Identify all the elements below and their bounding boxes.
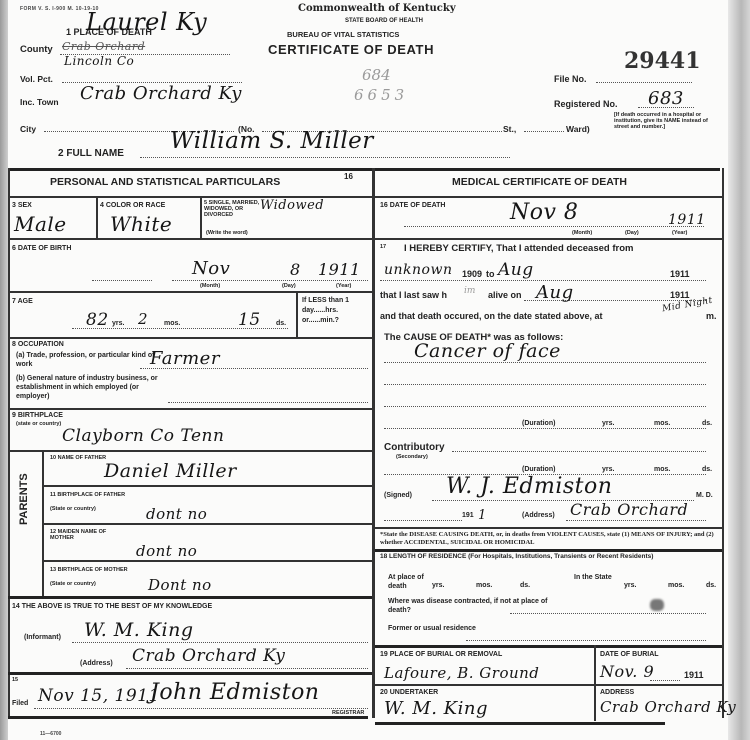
physician-address-value: Crab Orchard — [570, 500, 688, 519]
county-note: Lincoln Co — [64, 54, 134, 68]
informant-address-value: Crab Orchard Ky — [132, 646, 285, 666]
occupation-label: 8 OCCUPATION — [12, 341, 64, 348]
state-board: STATE BOARD OF HEALTH — [345, 18, 423, 24]
dob-label: 6 DATE OF BIRTH — [12, 245, 71, 252]
vol-pct-label: Vol. Pct. — [20, 74, 53, 84]
attended-to-year: 1911 — [670, 269, 690, 279]
frame-bottom-right — [375, 722, 665, 725]
in-state-yrs: yrs. — [624, 582, 636, 589]
occurred-label: and that death occured, on the date stat… — [380, 311, 603, 321]
mos-label: mos. — [164, 320, 180, 327]
burial-place-value: Lafoure, B. Ground — [384, 664, 539, 682]
contrib-duration-ds: ds. — [702, 466, 712, 473]
at-place-mos: mos. — [476, 582, 492, 589]
informant-value: W. M. King — [84, 619, 194, 641]
last-saw-label: that I last saw h — [380, 290, 447, 300]
undertaker-address-value: Crab Orchard Ky — [600, 698, 736, 716]
filing-number: 15 — [12, 677, 18, 683]
attended-to: Aug — [498, 260, 534, 280]
st-label: St., — [503, 124, 516, 134]
cause-value: Cancer of face — [414, 340, 561, 362]
dod-month-caption: (Month) — [572, 230, 592, 236]
rule — [8, 450, 372, 452]
hospital-note: [If death occurred in a hospital or inst… — [614, 112, 708, 130]
scan-edge-left — [0, 0, 8, 740]
sign-date-line — [384, 520, 462, 521]
occupation-a-value: Farmer — [150, 348, 220, 369]
undertaker-value: W. M. King — [384, 698, 488, 719]
rule — [375, 684, 722, 686]
state-header: Commonwealth of Kentucky — [298, 3, 456, 14]
rule — [8, 238, 372, 240]
full-name-line — [140, 157, 510, 158]
informant-address-line — [126, 668, 368, 669]
registered-no-label: Registered No. — [554, 99, 618, 109]
cause-footnote: *State the DISEASE CAUSING DEATH, or, in… — [380, 531, 720, 547]
marital-label: 5 SINGLE, MARRIED, WIDOWED, OR DIVORCED — [204, 200, 266, 218]
page-value: 6653 — [354, 86, 408, 104]
year-prefix: 191 — [462, 512, 474, 519]
parents-label: PARENTS — [18, 473, 30, 525]
birthplace-value: Clayborn Co Tenn — [62, 426, 224, 446]
rule — [296, 291, 298, 337]
attended-from: unknown — [384, 262, 452, 278]
occupation-b-label: (b) General nature of industry business,… — [16, 374, 174, 401]
bureau: BUREAU OF VITAL STATISTICS — [287, 30, 399, 39]
frame-top — [8, 168, 720, 171]
age-label: 7 AGE — [12, 298, 33, 305]
informant-address-label: (Address) — [80, 660, 113, 667]
father-name-label: 10 NAME OF FATHER — [50, 455, 110, 461]
father-birthplace-label: 11 BIRTHPLACE OF FATHER — [50, 492, 130, 498]
year-suffix: 1 — [478, 508, 487, 523]
birthplace-note: (state or country) — [16, 421, 61, 427]
frame-right — [722, 168, 724, 718]
full-name-value: William S. Miller — [170, 128, 374, 154]
contrib-duration-mos: mos. — [654, 466, 670, 473]
ward-line — [524, 131, 564, 132]
filed-value: Nov 15, 1911 — [38, 686, 160, 706]
rule — [594, 645, 596, 721]
informant-statement: 14 THE ABOVE IS TRUE TO THE BEST OF MY K… — [12, 603, 212, 610]
age-days: 15 — [238, 310, 261, 330]
rule — [375, 549, 722, 552]
filed-line — [34, 708, 368, 709]
duration-mos: mos. — [654, 420, 670, 427]
certificate-title: CERTIFICATE OF DEATH — [268, 42, 434, 57]
rule — [375, 527, 722, 529]
full-name-label: 2 FULL NAME — [58, 148, 124, 159]
file-no-value: 29441 — [624, 48, 701, 74]
age-months: 2 — [138, 310, 148, 328]
registered-no-value: 683 — [648, 88, 684, 109]
m-label: m. — [706, 311, 717, 321]
signed-label: (Signed) — [384, 492, 412, 499]
at-place-yrs: yrs. — [432, 582, 444, 589]
file-no-line — [596, 82, 692, 83]
dob-day: 8 — [290, 260, 301, 279]
certify-num: 17 — [380, 244, 386, 250]
mother-name-value: dont no — [136, 542, 197, 560]
last-saw-year: 1911 — [670, 290, 690, 300]
physician-address-line — [566, 520, 706, 521]
rule — [8, 291, 372, 293]
mother-birthplace-value: Dont no — [148, 576, 212, 594]
cause-line — [384, 406, 706, 407]
ink-blot — [650, 599, 664, 611]
informant-label: (Informant) — [24, 634, 61, 641]
father-birthplace-note: (State or country) — [50, 506, 96, 512]
rule — [200, 196, 202, 238]
residence-label: 18 LENGTH OF RESIDENCE (For Hospitals, I… — [380, 553, 720, 561]
registrar-label: REGISTRAR — [332, 710, 364, 716]
rule — [42, 560, 372, 562]
alive-on-label: alive on — [488, 290, 522, 300]
burial-date-year: 1911 — [684, 670, 704, 680]
dod-year: 1911 — [668, 212, 706, 228]
mother-name-label: 12 MAIDEN NAME OF MOTHER — [50, 529, 130, 541]
former-residence-line — [466, 640, 706, 641]
marital-value: Widowed — [260, 198, 324, 213]
physician-address-label: (Address) — [522, 512, 555, 519]
dod-year-caption: (Year) — [672, 230, 687, 236]
attended-to-label: to — [486, 269, 495, 279]
last-saw-value: Aug — [536, 282, 574, 303]
ward-label: Ward) — [566, 124, 590, 134]
at-place-ds: ds. — [520, 582, 530, 589]
county-label: County — [20, 44, 53, 55]
father-name-value: Daniel Miller — [104, 460, 237, 482]
in-state-mos: mos. — [668, 582, 684, 589]
dob-year: 1911 — [318, 260, 361, 279]
sex-value: Male — [14, 212, 67, 236]
vol-value: 684 — [362, 66, 391, 84]
duration-ds: ds. — [702, 420, 712, 427]
yrs-label: yrs. — [112, 320, 124, 327]
dob-line — [92, 280, 152, 281]
burial-date-value: Nov. 9 — [600, 662, 654, 681]
rule — [8, 337, 372, 339]
dod-line — [404, 226, 704, 227]
less-than-label: If LESS than 1 day......hrs. or......min… — [302, 296, 370, 326]
personal-section-title: PERSONAL AND STATISTICAL PARTICULARS — [50, 176, 280, 188]
rule — [42, 523, 372, 525]
county-struck: Crab Orchard — [62, 40, 145, 53]
burial-date-line — [650, 680, 680, 681]
contributory-note: (Secondary) — [396, 454, 428, 460]
marital-note: (Write the word) — [206, 230, 248, 236]
father-birthplace-value: dont no — [146, 505, 207, 523]
attended-line — [380, 280, 706, 281]
signed-value: W. J. Edmiston — [446, 474, 612, 499]
inc-town-label: Inc. Town — [20, 97, 59, 107]
county-value: Laurel Ky — [86, 8, 207, 36]
rule — [42, 485, 372, 487]
filed-label: Filed — [12, 700, 28, 707]
inc-town-value: Crab Orchard Ky — [80, 83, 242, 104]
attended-from-year: 1909 — [462, 269, 482, 279]
informant-line — [72, 642, 368, 643]
birthplace-label: 9 BIRTHPLACE — [12, 412, 63, 419]
contributory-line — [452, 451, 706, 452]
duration-line — [384, 428, 706, 429]
dod-day-caption: (Day) — [625, 230, 639, 236]
md-label: M. D. — [696, 492, 713, 499]
dod-label: 16 DATE OF DEATH — [380, 202, 445, 209]
rule — [96, 196, 98, 238]
burial-place-label: 19 PLACE OF BURIAL OR REMOVAL — [380, 651, 502, 658]
at-place-label: At place of death — [388, 573, 438, 591]
file-no-label: File No. — [554, 74, 587, 84]
rule — [375, 196, 722, 198]
month-caption: (Month) — [200, 283, 220, 289]
year-caption: (Year) — [336, 283, 351, 289]
duration-label: (Duration) — [520, 420, 557, 427]
medical-section-title: MEDICAL CERTIFICATE OF DEATH — [452, 176, 627, 188]
dod-month-day: Nov 8 — [510, 200, 578, 225]
race-label: 4 COLOR OR RACE — [100, 202, 165, 209]
frame-left — [8, 168, 10, 718]
contracted-line — [510, 613, 706, 614]
cause-line — [384, 384, 706, 385]
dob-month: Nov — [192, 258, 230, 279]
certify-text: I HEREBY CERTIFY, That I attended deceas… — [404, 243, 633, 254]
ds-label: ds. — [276, 320, 286, 327]
former-residence-label: Former or usual residence — [388, 624, 488, 633]
undertaker-address-label: ADDRESS — [600, 689, 634, 696]
contrib-duration-yrs: yrs. — [602, 466, 614, 473]
death-certificate: FORM V. S. I-900 M. 10-19-10 Commonwealt… — [0, 0, 750, 740]
rule — [8, 672, 372, 675]
age-years: 82 — [86, 310, 109, 330]
scan-edge-right — [728, 0, 750, 740]
margin-mark: 16 — [344, 172, 353, 181]
undertaker-label: 20 UNDERTAKER — [380, 689, 438, 696]
race-value: White — [110, 212, 172, 236]
in-state-ds: ds. — [706, 582, 716, 589]
contrib-duration-label: (Duration) — [520, 466, 557, 473]
contributory-label: Contributory — [384, 442, 445, 453]
in-state-label: In the State — [574, 573, 614, 582]
rule — [375, 238, 722, 240]
cause-line — [384, 362, 706, 363]
mother-birthplace-note: (State or country) — [50, 581, 96, 587]
city-label: City — [20, 124, 36, 134]
occupation-a-label: (a) Trade, profession, or particular kin… — [16, 351, 156, 369]
rule — [375, 645, 722, 648]
burial-date-label: DATE OF BURIAL — [600, 651, 659, 658]
day-caption: (Day) — [282, 283, 296, 289]
last-saw-him: im — [464, 286, 475, 296]
dob-line — [172, 280, 368, 281]
registrar-value: John Edmiston — [150, 680, 319, 705]
frame-divider — [372, 168, 375, 718]
bottom-code: 11—6700 — [40, 731, 61, 737]
duration-yrs: yrs. — [602, 420, 614, 427]
rule — [8, 408, 372, 410]
mother-birthplace-label: 13 BIRTHPLACE OF MOTHER — [50, 567, 130, 573]
frame-bottom-left — [8, 716, 368, 719]
occupation-b-line — [168, 402, 368, 403]
rule — [8, 596, 372, 599]
sex-label: 3 SEX — [12, 202, 32, 209]
